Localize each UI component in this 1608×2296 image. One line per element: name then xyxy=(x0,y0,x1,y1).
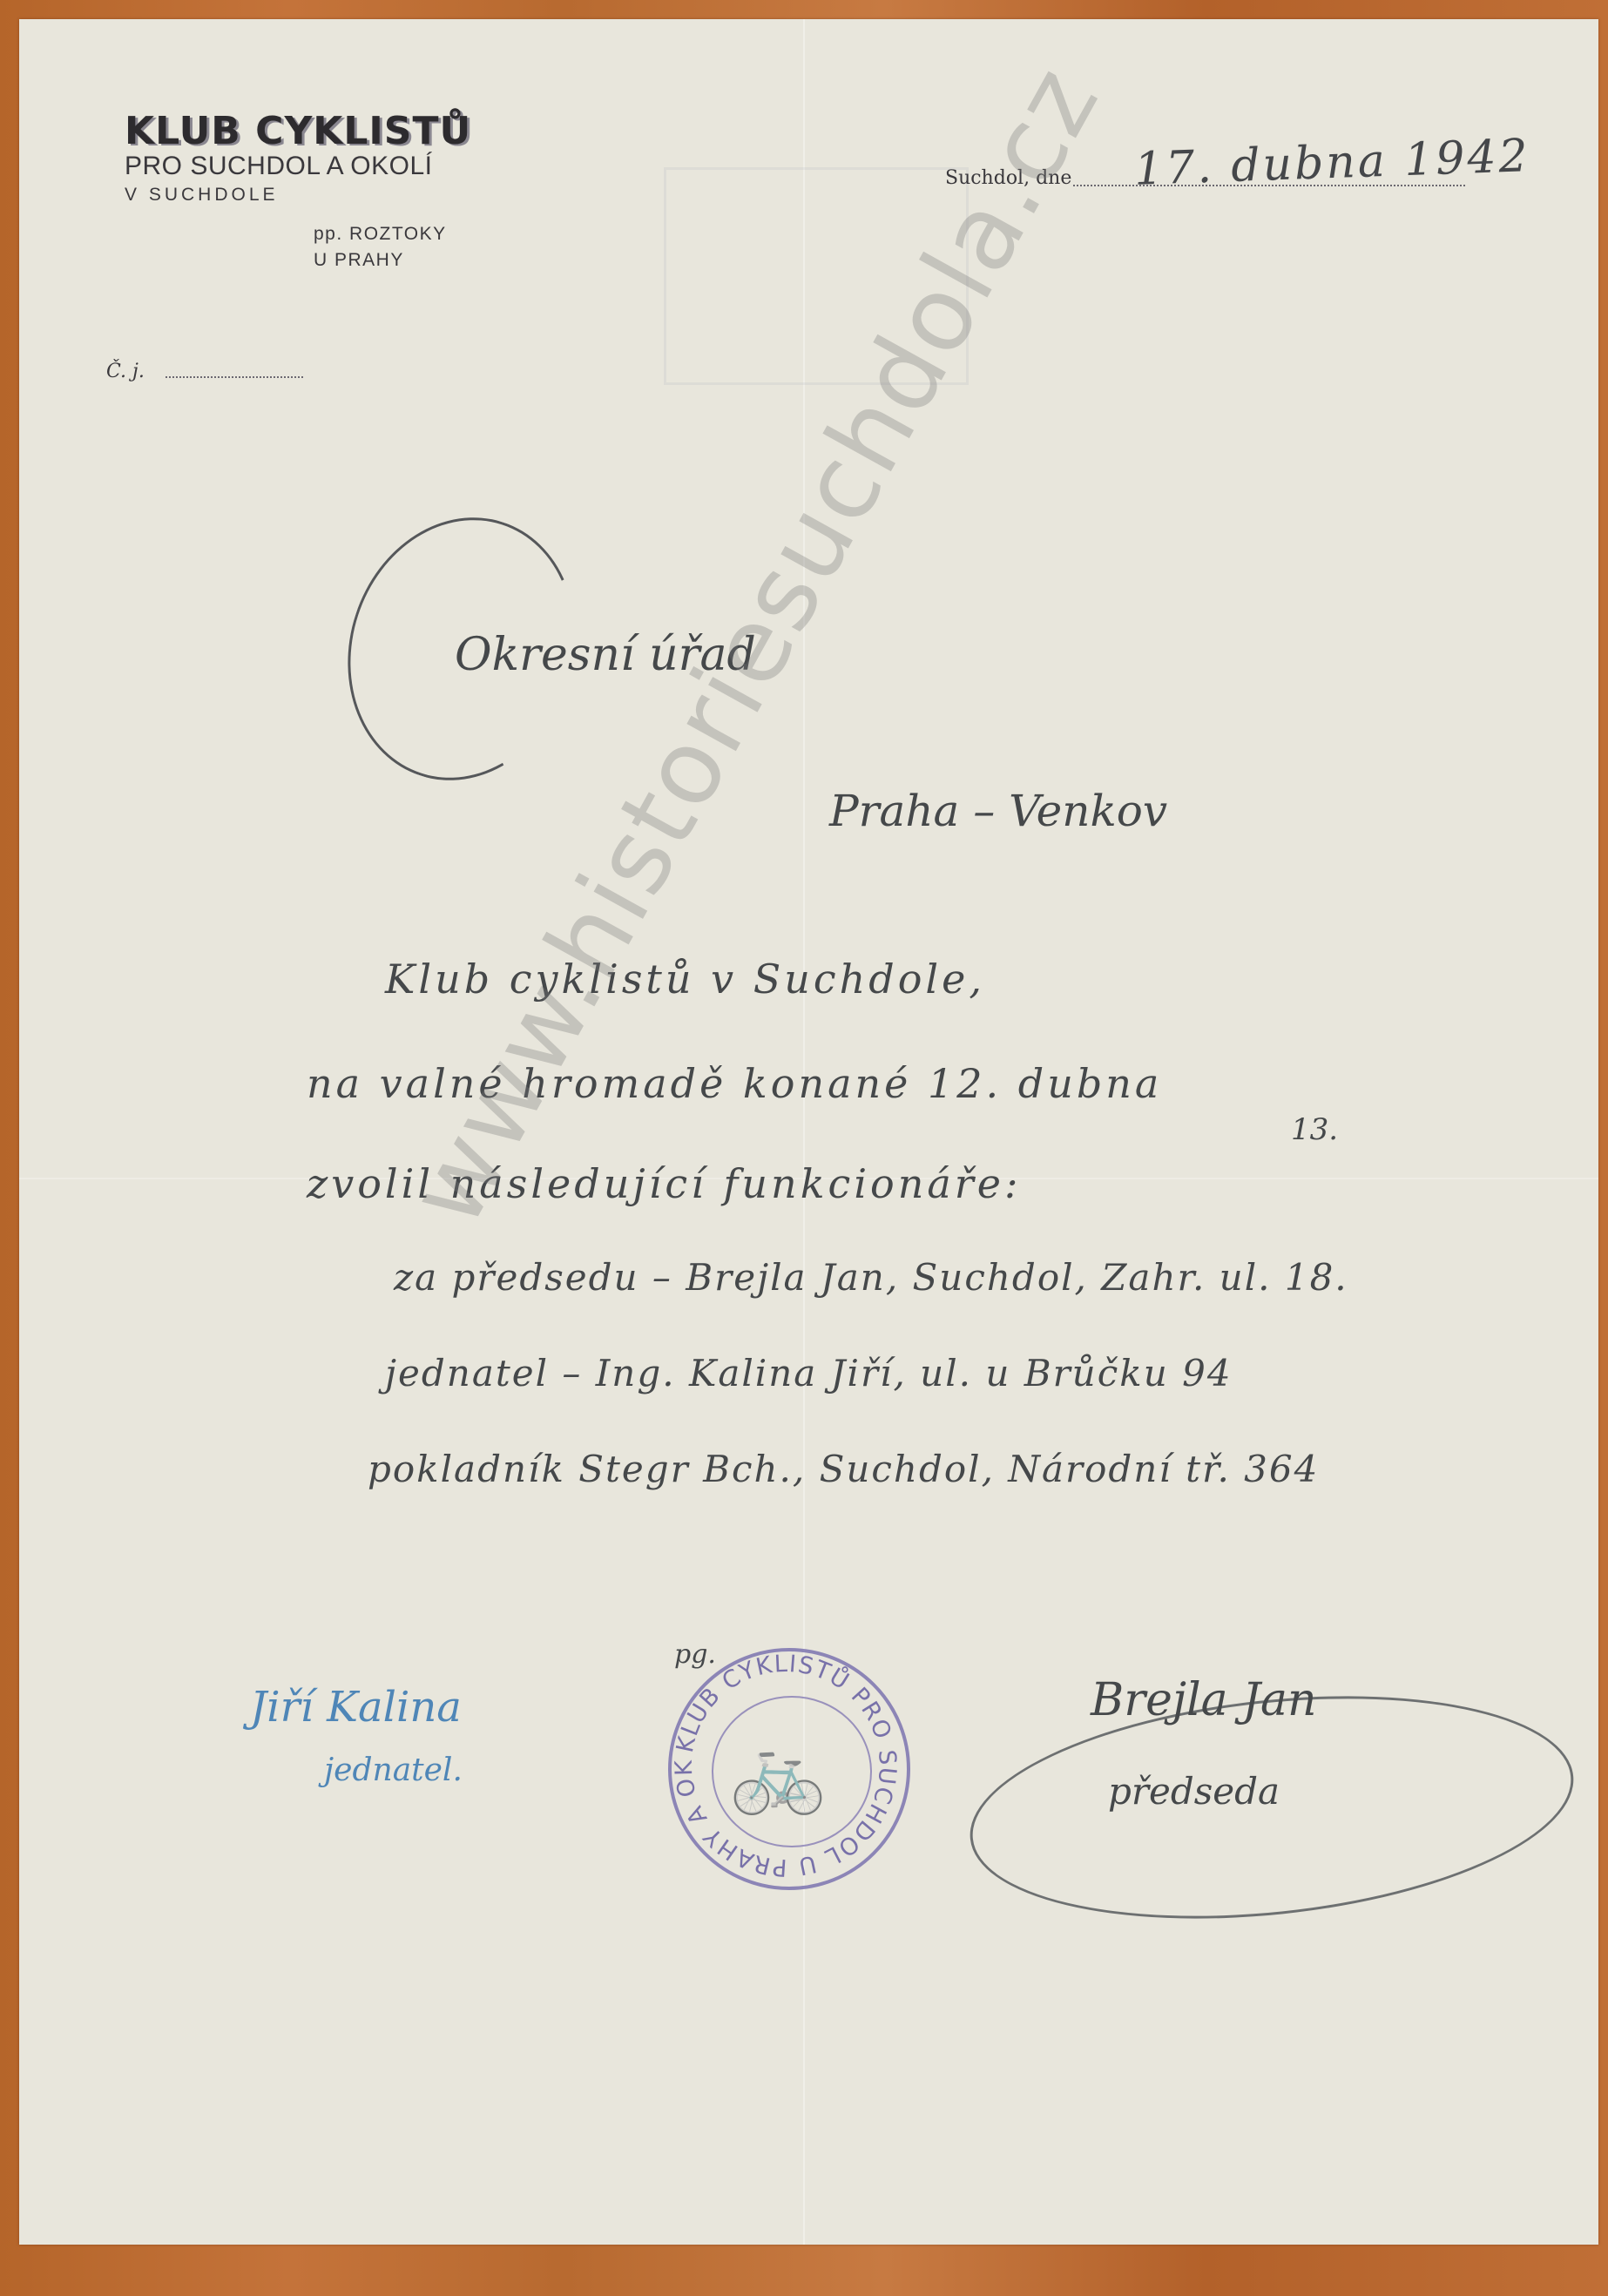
reference-label: Č. j. xyxy=(106,361,145,382)
recipient-place: Praha – Venkov xyxy=(829,786,1167,836)
body-line: pokladník Stegr Bch., Suchdol, Národní t… xyxy=(368,1448,1319,1490)
body-line: za předsedu – Brejla Jan, Suchdol, Zahr.… xyxy=(394,1256,1348,1299)
insert-mark: 13. xyxy=(1291,1112,1338,1147)
signature-right-name: Brejla Jan xyxy=(1091,1674,1316,1726)
letterhead-line2: V SUCHDOLE xyxy=(125,185,279,206)
signature-left-name: Jiří Kalina xyxy=(250,1683,462,1732)
reference-dotted-line xyxy=(166,376,303,378)
city: U PRAHY xyxy=(314,247,447,273)
body-line: jednatel – Ing. Kalina Jiří, ul. u Brůčk… xyxy=(385,1352,1233,1394)
club-name: KLUB CYKLISTŮ xyxy=(125,109,471,153)
body-line: Klub cyklistů v Suchdole, xyxy=(385,956,985,1003)
date-handwritten: 17. dubna 1942 xyxy=(1133,130,1530,196)
letterhead-address: pp. ROZTOKY U PRAHY xyxy=(314,221,447,273)
signature-left-role: jednatel. xyxy=(324,1752,463,1788)
bicycle-icon: 🚲 xyxy=(729,1726,827,1818)
post-office: pp. ROZTOKY xyxy=(314,221,447,247)
letterhead-line1: PRO SUCHDOL A OKOLÍ xyxy=(125,152,433,181)
signature-right-role: předseda xyxy=(1108,1770,1280,1813)
letter-paper: KLUB CYKLISTŮ PRO SUCHDOL A OKOLÍ V SUCH… xyxy=(19,19,1598,2245)
